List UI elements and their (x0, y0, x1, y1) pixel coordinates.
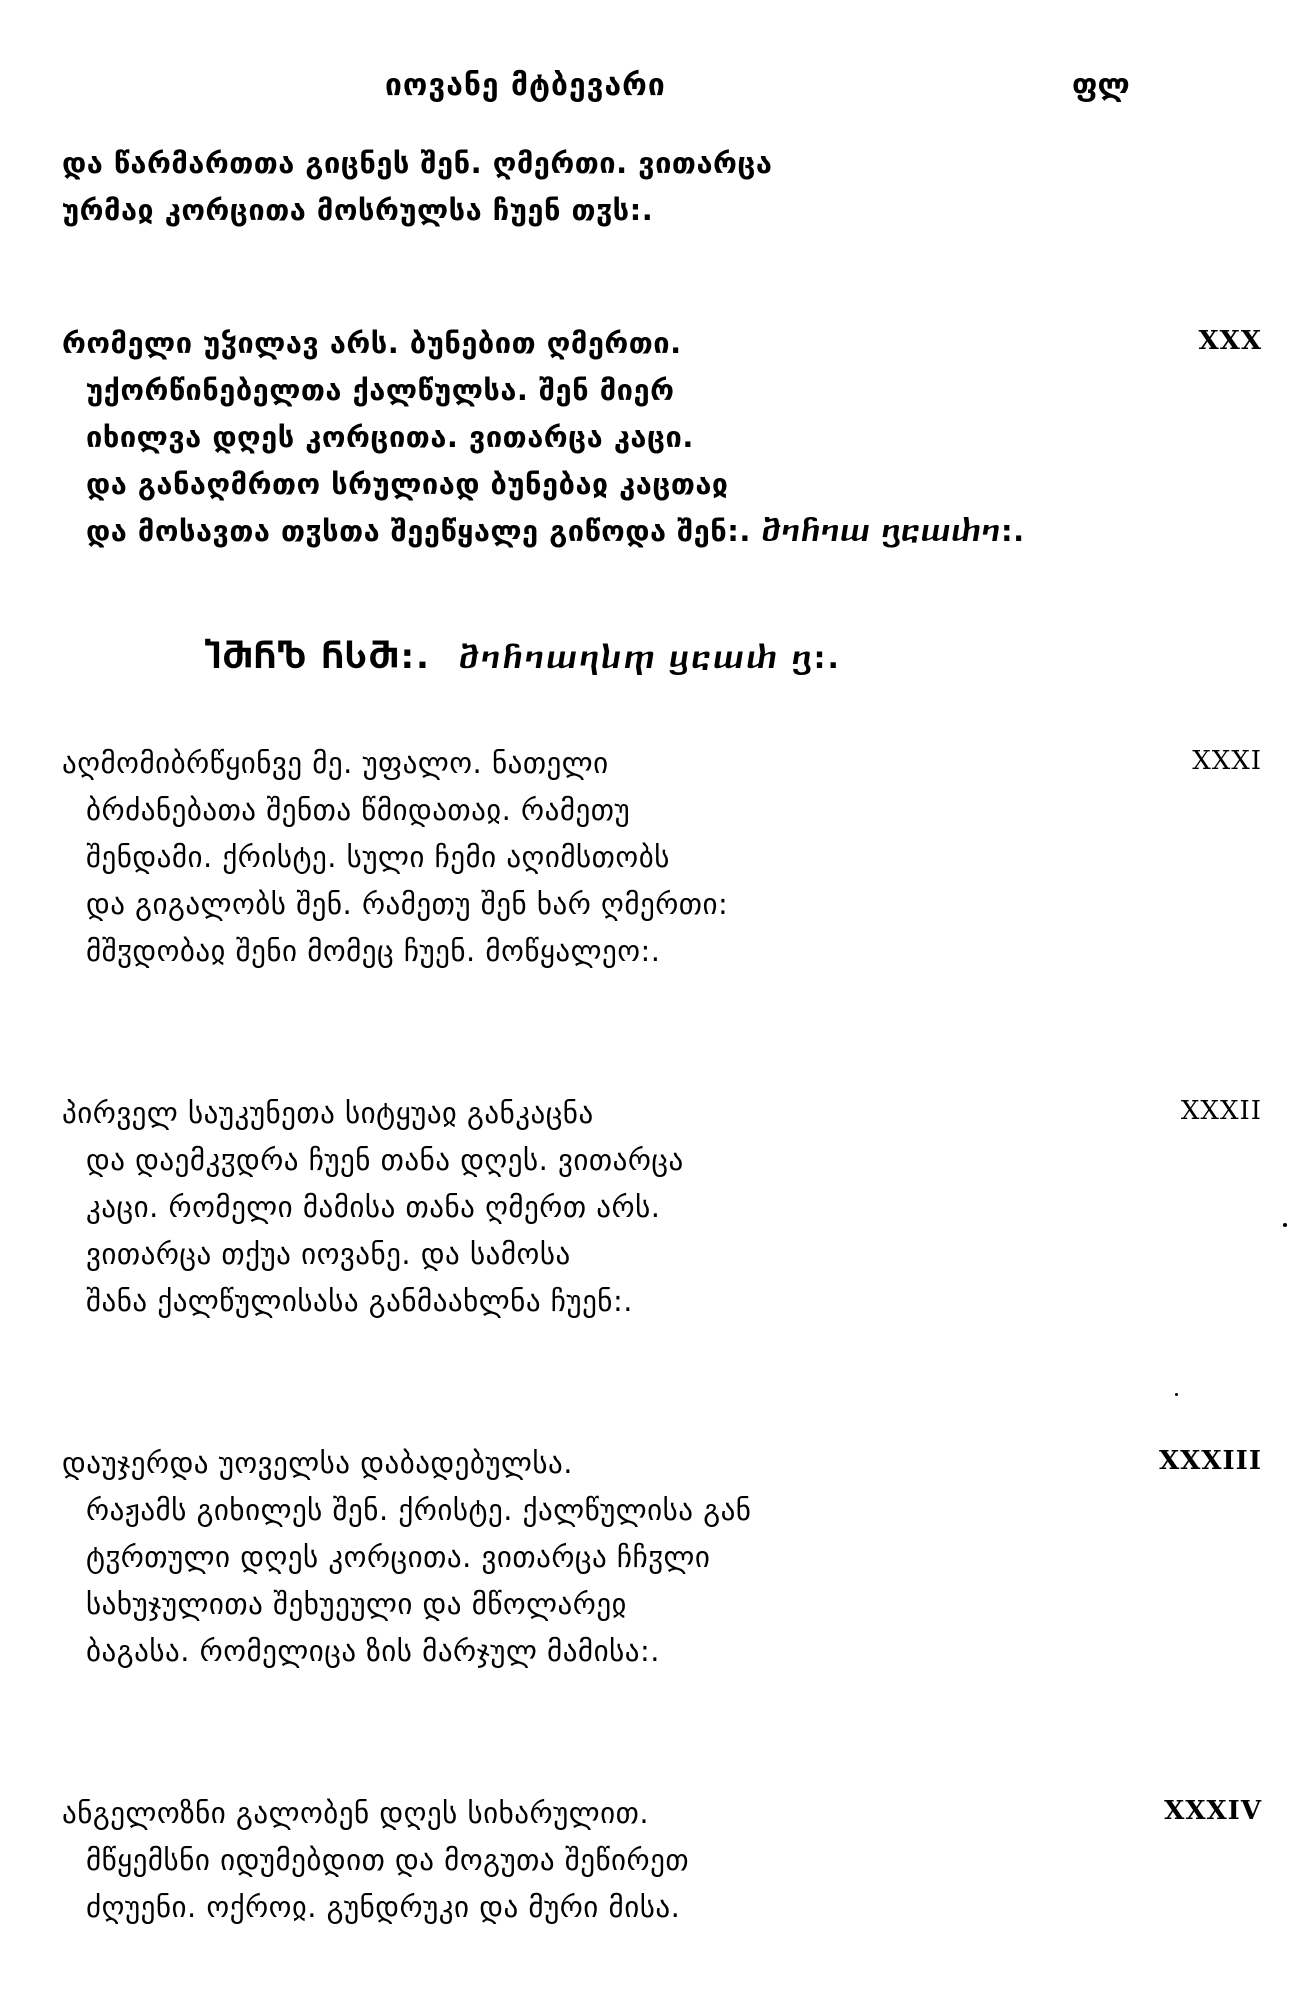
stanza-numeral: XXX (1198, 326, 1262, 356)
stanza-line: და განაღმრთო სრულიად ბუნებაჲ კაცთაჲ (62, 461, 1262, 508)
stanza-numeral: XXXII (1181, 1096, 1262, 1126)
stanza-xxxiv: XXXIV ანგელოზნი გალობენ დღეს სიხარულით. … (62, 1790, 1262, 1931)
stanza-line: იხილვა დღეს კორცითა. ვითარცა კაცი. (62, 414, 1262, 461)
stanza-xxxiii: XXXIII დაუჯერდა უოველსა დაბადებულსა. რაჟ… (62, 1440, 1262, 1675)
stanza-line: ტჳრთული დღეს კორცითა. ვითარცა ჩჩჳლი (62, 1534, 1262, 1581)
stanza-line: დაუჯერდა უოველსა დაბადებულსა. (62, 1440, 1262, 1487)
stanza-line: კაცი. რომელი მამისა თანა ღმერთ არს. (62, 1184, 1262, 1231)
running-title: იოვანე მტბევარი (385, 68, 666, 103)
section-heading-asomtavruli: ႨႫႬႪ ႬႱႫ:. (205, 637, 431, 677)
stanza-line: და მოსავთა თჳსთა შეეწყალე გიწოდა შენ:. ⴋ… (62, 508, 1262, 555)
stanza-line: შანა ქალწულისასა განმაახლნა ჩუენ:. (62, 1278, 1262, 1325)
page-number: ფლ (1072, 68, 1130, 103)
section-heading-nuskhuri: ⴋⴈⴌⴈⴍⴄⴑⴅ ⴁⴀⴍⴐ ⴂ:. (459, 641, 841, 676)
stanza-line: ვითარცა თქუა იოვანე. და სამოსა (62, 1231, 1262, 1278)
stanza-xxxii: XXXII პირველ საუკუნეთა სიტყუაჲ განკაცნა … (62, 1090, 1262, 1325)
stanza-line: შენდამი. ქრისტე. სული ჩემი აღიმსთობს (62, 834, 1262, 881)
stanza-line: უქორწინებელთა ქალწულსა. შენ მიერ (62, 367, 1262, 414)
stanza-xxxi: XXXI აღმომიბრწყინვე მე. უფალო. ნათელი ბრ… (62, 740, 1262, 975)
stanza-line: და გიგალობს შენ. რამეთუ შენ ხარ ღმერთი: (62, 881, 1262, 928)
stanza-numeral: XXXIV (1164, 1796, 1262, 1826)
page-header: იოვანე მტბევარი ფლ (0, 68, 1312, 118)
stanza-xxx: XXX რომელი უჴილავ არს. ბუნებით ღმერთი. უ… (62, 320, 1262, 555)
stanza-line: ბრძანებათა შენთა წმიდათაჲ. რამეთუ (62, 787, 1262, 834)
stanza-line: რომელი უჴილავ არს. ბუნებით ღმერთი. (62, 320, 1262, 367)
stanza-line: ანგელოზნი გალობენ დღეს სიხარულით. (62, 1790, 1262, 1837)
stanza-0: და წარმართთა გიცნეს შენ. ღმერთი. ვითარცა… (62, 140, 1262, 234)
stanza-line: და წარმართთა გიცნეს შენ. ღმერთი. ვითარცა (62, 140, 1262, 187)
stanza-line: რაჟამს გიხილეს შენ. ქრისტე. ქალწულისა გა… (62, 1487, 1262, 1534)
stanza-line: პირველ საუკუნეთა სიტყუაჲ განკაცნა (62, 1090, 1262, 1137)
stanza-line: ძღუენი. ოქროჲ. გუნდრუკი და მური მისა. (62, 1884, 1262, 1931)
stanza-line: ურმაჲ კორცითა მოსრულსა ჩუენ თჳს:. (62, 187, 1262, 234)
scan-speck (1175, 1393, 1178, 1396)
stanza-line: მწყემსნი იდუმებდით და მოგუთა შეწირეთ (62, 1837, 1262, 1884)
scan-speck (1283, 1223, 1287, 1227)
section-heading: ႨႫႬႪ ႬႱႫ:. ⴋⴈⴌⴈⴍⴄⴑⴅ ⴁⴀⴍⴐ ⴂ:. (205, 637, 841, 677)
stanza-numeral: XXXIII (1159, 1446, 1262, 1476)
stanza-numeral: XXXI (1192, 746, 1262, 776)
stanza-line: მშჳდობაჲ შენი მომეც ჩუენ. მოწყალეო:. (62, 928, 1262, 975)
stanza-line: სახუჯულითა შეხუეული და მწოლარეჲ (62, 1581, 1262, 1628)
stanza-line: და დაემკჳდრა ჩუენ თანა დღეს. ვითარცა (62, 1137, 1262, 1184)
stanza-line: ბაგასა. რომელიცა ზის მარჯულ მამისა:. (62, 1628, 1262, 1675)
stanza-line: აღმომიბრწყინვე მე. უფალო. ნათელი (62, 740, 1262, 787)
